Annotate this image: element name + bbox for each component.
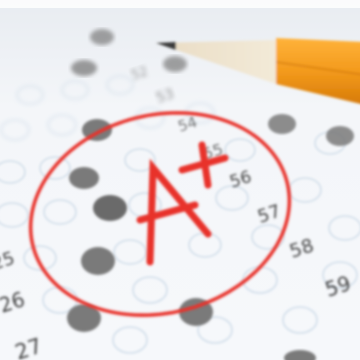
answer-sheet-photo: 52 53 54 55 56 57 58 59 25 26 27 [0, 0, 360, 360]
